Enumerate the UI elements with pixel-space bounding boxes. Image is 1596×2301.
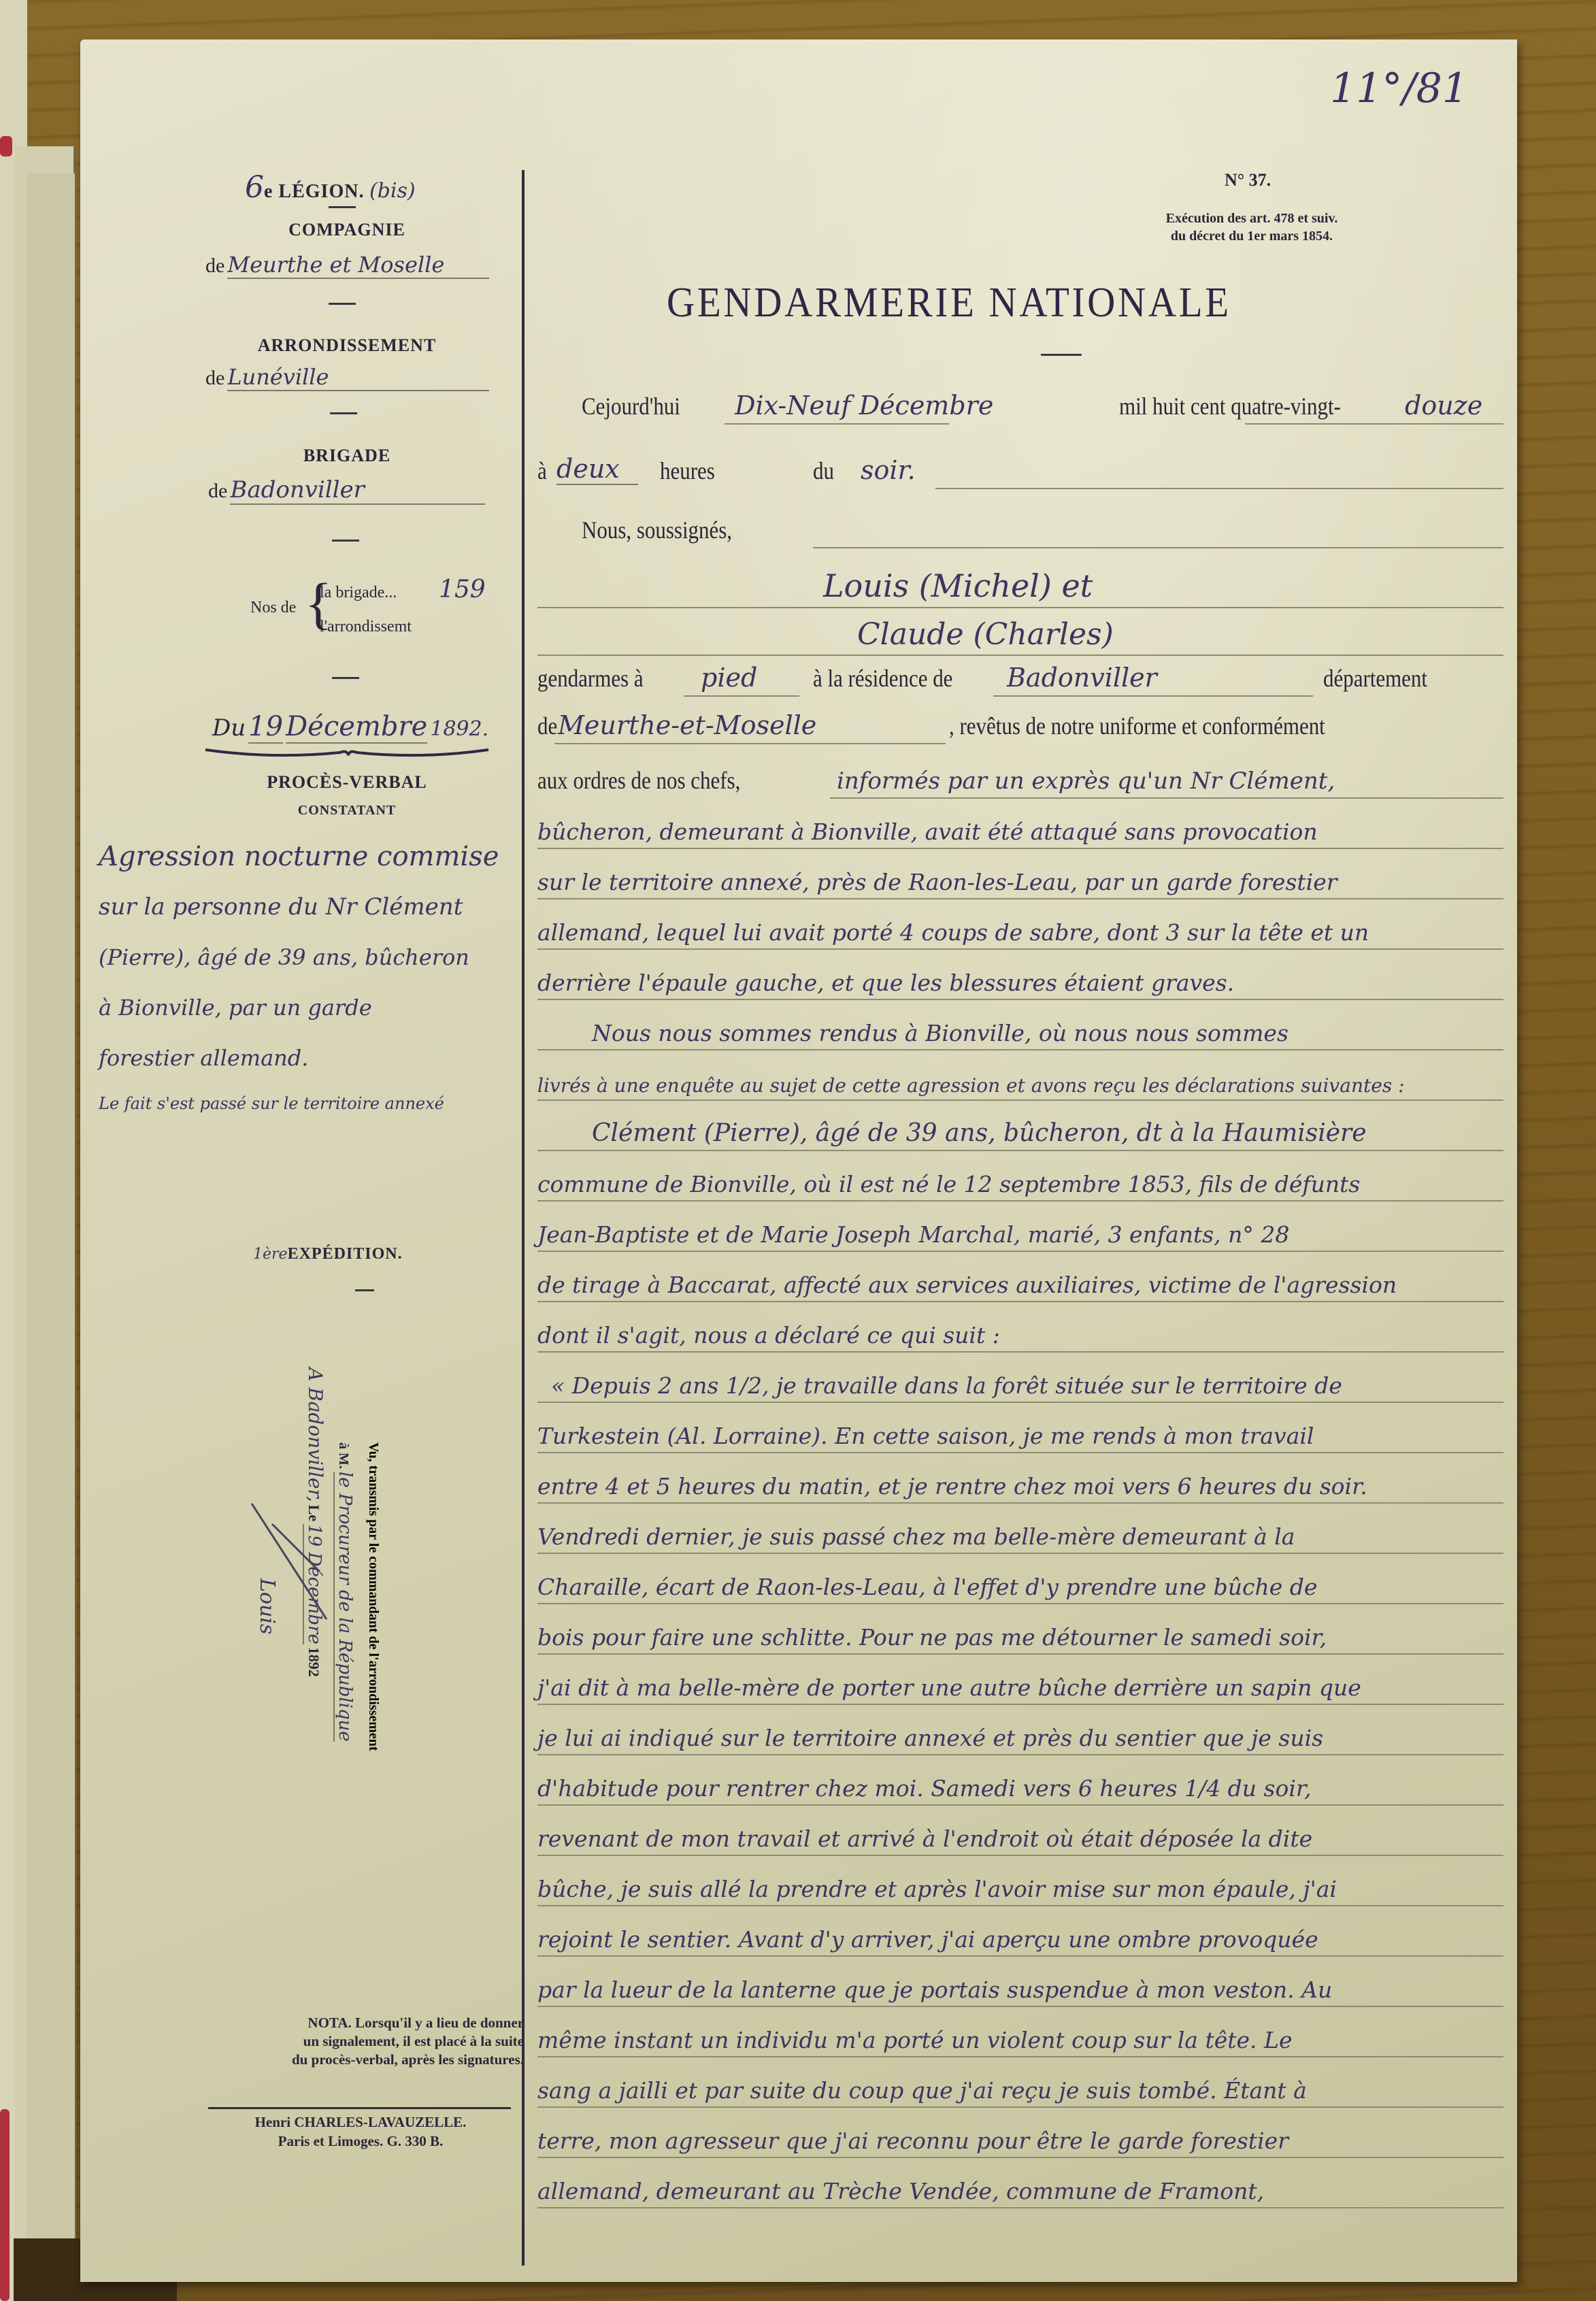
narrative-line: dont il s'agit, nous a déclaré ce qui su… [537, 1309, 1503, 1359]
summary-line: Le fait s'est passé sur le territoire an… [99, 1083, 517, 1124]
residence-value: Badonviller [1007, 663, 1157, 693]
execution-note: Exécution des art. 478 et suiv. du décre… [1129, 210, 1374, 245]
fill-line [537, 1402, 1503, 1403]
constatant-label: CONSTATANT [204, 803, 490, 818]
narrative-line: Vendredi dernier, je suis passé chez ma … [537, 1510, 1503, 1561]
orders-text: informés par un exprès qu'un Nr Clément, [837, 767, 1335, 795]
fill-line [935, 488, 1503, 489]
narrative-line: allemand, demeurant au Trèche Vendée, co… [537, 2165, 1503, 2215]
decorative-swash [204, 747, 490, 761]
narrative-text: livrés à une enquête au sujet de cette a… [537, 1074, 1405, 1097]
fill-line [1245, 423, 1503, 425]
numbers-prefix: Nos de [250, 599, 296, 617]
summary-line: (Pierre), âgé de 39 ans, bûcheron [99, 932, 517, 982]
brigade-value: Badonviller [230, 476, 485, 505]
year-words: douze [1405, 391, 1482, 420]
fill-line [537, 1855, 1503, 1856]
fill-line [537, 1804, 1503, 1806]
printer-imprint: Henri CHARLES-LAVAUZELLE. Paris et Limog… [204, 2113, 517, 2151]
narrative-text: par la lueur de la lanterne que je porta… [537, 1976, 1332, 2003]
nota-block: NOTA. Lorsqu'il y a lieu de donner un si… [204, 2014, 524, 2069]
printer-location: Paris et Limoges. G. 330 B. [204, 2132, 517, 2151]
narrative-text: je lui ai indiqué sur le territoire anne… [537, 1725, 1323, 1751]
compagnie-label: COMPAGNIE [204, 220, 490, 240]
summary-line: forestier allemand. [99, 1033, 517, 1083]
red-ribbon [0, 136, 12, 156]
summary-line: Agression nocturne commise [99, 831, 517, 882]
arrondissement-label: ARRONDISSEMENT [204, 335, 490, 356]
narrative-text: Charaille, écart de Raon-les-Leau, à l'e… [537, 1574, 1317, 1600]
fill-line [537, 1301, 1503, 1302]
narrative-text: bûcheron, demeurant à Bionville, avait é… [537, 818, 1318, 845]
service-type: pied [701, 663, 757, 693]
narrative-line: par la lueur de la lanterne que je porta… [537, 1964, 1503, 2014]
fill-line [537, 948, 1503, 950]
orders-label: aux ordres de nos chefs, [537, 766, 740, 795]
narrative-line: « Depuis 2 ans 1/2, je travaille dans la… [537, 1359, 1503, 1410]
narrative-line: j'ai dit à ma belle-mère de porter une a… [537, 1661, 1503, 1712]
nota-line: un signalement, il est placé à la suite [204, 2032, 524, 2051]
narrative-text: Nous nous sommes rendus à Bionville, où … [592, 1020, 1289, 1046]
fill-line [537, 2056, 1503, 2057]
divider [330, 412, 357, 414]
narrative-text: entre 4 et 5 heures du matin, et je rent… [537, 1473, 1367, 1500]
fill-line [993, 695, 1313, 697]
narrative-line: je lui ai indiqué sur le territoire anne… [537, 1712, 1503, 1762]
departement-label: département [1323, 664, 1427, 693]
narrative-text: revenant de mon travail et arrivé à l'en… [537, 1825, 1312, 1852]
red-ribbon [0, 2109, 10, 2301]
title-divider [1041, 354, 1082, 356]
expedition-label: EXPÉDITION. [288, 1245, 403, 1263]
fill-line [537, 1049, 1503, 1050]
narrative-text: de tirage à Baccarat, affecté aux servic… [537, 1272, 1397, 1298]
narrative-text: rejoint le sentier. Avant d'y arriver, j… [537, 1926, 1318, 1953]
narrative-line: Nous nous sommes rendus à Bionville, où … [537, 1007, 1503, 1057]
execution-line-2: du décret du 1er mars 1854. [1129, 227, 1374, 245]
narrative-line: d'habitude pour rentrer chez moi. Samedi… [537, 1762, 1503, 1812]
a-label: à [537, 457, 547, 485]
fill-line [537, 1452, 1503, 1453]
narrative-line: sang a jailli et par suite du coup que j… [537, 2064, 1503, 2115]
narrative: bûcheron, demeurant à Bionville, avait é… [537, 806, 1503, 2215]
compagnie-field: de Meurthe et Moselle [205, 252, 505, 279]
narrative-line: bûche, je suis allé la prendre et après … [537, 1863, 1503, 1913]
narrative-line: bûcheron, demeurant à Bionville, avait é… [537, 806, 1503, 856]
fill-line [537, 1150, 1503, 1151]
narrative-line: entre 4 et 5 heures du matin, et je rent… [537, 1460, 1503, 1510]
column-divider [522, 170, 525, 2266]
legion-suffix: (bis) [369, 179, 416, 203]
fill-line [537, 999, 1503, 1000]
execution-line-1: Exécution des art. 478 et suiv. [1129, 210, 1374, 227]
gendarmes-label: gendarmes à [537, 664, 644, 693]
narrative-line: revenant de mon travail et arrivé à l'en… [537, 1812, 1503, 1863]
narrative-text: même instant un individu m'a porté un vi… [537, 2027, 1292, 2053]
narrative-line: rejoint le sentier. Avant d'y arriver, j… [537, 1913, 1503, 1964]
narrative-text: allemand, lequel lui avait porté 4 coups… [537, 919, 1369, 946]
nota-line: NOTA. Lorsqu'il y a lieu de donner [204, 2014, 524, 2032]
fill-line [537, 1502, 1503, 1504]
cejourdhui-label: Cejourd'hui [582, 392, 680, 420]
narrative-line: Charaille, écart de Raon-les-Leau, à l'e… [537, 1561, 1503, 1611]
du-label: du [813, 457, 834, 485]
divider [355, 1289, 374, 1291]
transmission-printed-2: à M. [336, 1442, 351, 1469]
narrative-line: allemand, lequel lui avait porté 4 coups… [537, 906, 1503, 957]
narrative-line: même instant un individu m'a porté un vi… [537, 2014, 1503, 2064]
residence-label: à la résidence de [813, 664, 952, 693]
transmission-place: A Badonviller, [304, 1368, 327, 1502]
narrative-line: Turkestein (Al. Lorraine). En cette sais… [537, 1410, 1503, 1460]
fill-line [537, 2207, 1503, 2208]
narrative-text: Turkestein (Al. Lorraine). En cette sais… [537, 1423, 1314, 1449]
narrative-line: terre, mon agresseur que j'ai reconnu po… [537, 2115, 1503, 2165]
date-prefix: Du [212, 714, 246, 742]
underlying-page-edge [27, 173, 76, 2296]
fill-line [537, 1955, 1503, 1957]
hour-value: deux [556, 454, 638, 485]
fill-line [537, 1704, 1503, 1705]
divider [329, 303, 356, 305]
narrative-text: Clément (Pierre), âgé de 39 ans, bûchero… [592, 1119, 1367, 1147]
brigade-label: BRIGADE [204, 446, 490, 466]
date-month: Décembre [286, 711, 427, 744]
fill-line [725, 423, 949, 425]
narrative-text: commune de Bionville, où il est né le 12… [537, 1171, 1360, 1197]
date-words: Dix-Neuf Décembre [735, 391, 993, 420]
narrative-text: sur le territoire annexé, près de Raon-l… [537, 869, 1337, 895]
uniform-clause: , revêtus de notre uniforme et conformém… [949, 712, 1325, 740]
nota-line: du procès-verbal, après les signatures. [204, 2051, 524, 2069]
legion-field: 6e LÉGION. (bis) [245, 170, 416, 205]
narrative-text: « Depuis 2 ans 1/2, je travaille dans la… [551, 1372, 1342, 1399]
compagnie-prefix: de [205, 254, 225, 277]
fill-line [537, 1099, 1503, 1101]
body-line-name-1: Louis (Michel) et [537, 565, 1503, 615]
departement-value: Meurthe-et-Moselle [558, 710, 816, 740]
fill-line [684, 695, 799, 697]
transmission-printed-1: Vu, transmis par le commandant de l'arro… [365, 1442, 381, 1751]
legion-label: e LÉGION. [264, 181, 364, 202]
narrative-text: j'ai dit à ma belle-mère de porter une a… [537, 1674, 1361, 1701]
page-title: GENDARMERIE NATIONALE [667, 279, 1231, 327]
narrative-line: derrière l'épaule gauche, et que les ble… [537, 957, 1503, 1007]
narrative-line: sur le territoire annexé, près de Raon-l… [537, 856, 1503, 906]
printer-name: Henri CHARLES-LAVAUZELLE. [204, 2113, 517, 2132]
fill-line [537, 1351, 1503, 1353]
divider [329, 206, 356, 208]
brigade-prefix: de [208, 480, 227, 502]
arrondissement-field: de Lunéville [205, 364, 505, 391]
fill-line [537, 848, 1503, 849]
compagnie-value: Meurthe et Moselle [227, 252, 489, 279]
fill-line [537, 1603, 1503, 1604]
narrative-text: derrière l'épaule gauche, et que les ble… [537, 970, 1234, 996]
narrative-line: Clément (Pierre), âgé de 39 ans, bûchero… [537, 1108, 1503, 1158]
printer-divider [208, 2107, 511, 2109]
summary-line: sur la personne du Nr Clément [99, 882, 517, 932]
fill-line [537, 1905, 1503, 1906]
narrative-text: dont il s'agit, nous a déclaré ce qui su… [537, 1322, 1000, 1348]
narrative-text: bûche, je suis allé la prendre et après … [537, 1876, 1337, 1902]
pv-date: Du 19 Décembre 1892. [212, 711, 488, 744]
period-value: soir. [861, 455, 916, 485]
transmission-year: 1892 [305, 1647, 322, 1677]
narrative-text: bois pour faire une schlitte. Pour ne pa… [537, 1624, 1327, 1651]
gendarme-name-1: Louis (Michel) et [823, 567, 1093, 604]
expedition: 1èreEXPÉDITION. [253, 1245, 403, 1263]
fill-line [537, 1553, 1503, 1554]
corner-annotation: 11°/81 [1330, 65, 1468, 112]
gendarme-name-2: Claude (Charles) [857, 617, 1114, 652]
soussignes-label: Nous, soussignés, [582, 516, 732, 544]
fill-line [537, 1251, 1503, 1252]
narrative-line: bois pour faire une schlitte. Pour ne pa… [537, 1611, 1503, 1661]
fill-line [813, 547, 1503, 548]
body-line-departement: de Meurthe-et-Moselle , revêtus de notre… [537, 701, 1503, 751]
fill-line [537, 607, 1503, 608]
narrative-text: Vendredi dernier, je suis passé chez ma … [537, 1523, 1295, 1550]
fill-line [537, 2006, 1503, 2007]
heures-label: heures [660, 457, 715, 485]
brigade-field: de Badonviller [208, 476, 508, 505]
fill-line [537, 1754, 1503, 1755]
narrative-text: allemand, demeurant au Trèche Vendée, co… [537, 2178, 1264, 2204]
form-number: N° 37. [1225, 170, 1271, 191]
expedition-number: 1ère [253, 1246, 288, 1263]
arrondissement-prefix: de [205, 367, 225, 389]
legion-number: 6 [245, 170, 264, 205]
summary: Agression nocturne commise sur la person… [99, 831, 517, 1124]
de-label: de [537, 712, 557, 740]
fill-line [537, 1200, 1503, 1202]
body-line-time: à deux heures du soir. [537, 446, 1503, 496]
narrative-line: de tirage à Baccarat, affecté aux servic… [537, 1259, 1503, 1309]
fill-line [554, 743, 946, 744]
narrative-text: Jean-Baptiste et de Marie Joseph Marchal… [537, 1221, 1289, 1248]
divider [332, 540, 359, 542]
signature-flourish [245, 1497, 340, 1633]
narrative-text: sang a jailli et par suite du coup que j… [537, 2077, 1307, 2104]
narrative-text: terre, mon agresseur que j'ai reconnu po… [537, 2128, 1289, 2154]
brigade-number-label: la brigade... [320, 584, 397, 602]
body-line-residence: gendarmes à pied à la résidence de Badon… [537, 653, 1503, 703]
narrative-line: commune de Bionville, où il est né le 12… [537, 1158, 1503, 1208]
body-line-date: Cejourd'hui Dix-Neuf Décembre mil huit c… [537, 381, 1503, 431]
narrative-line: Jean-Baptiste et de Marie Joseph Marchal… [537, 1208, 1503, 1259]
narrative-text: d'habitude pour rentrer chez moi. Samedi… [537, 1775, 1312, 1802]
arrondissement-value: Lunéville [227, 364, 489, 391]
year-label: mil huit cent quatre-vingt- [1119, 392, 1341, 420]
pv-label: PROCÈS-VERBAL [204, 772, 490, 793]
fill-line [537, 2157, 1503, 2158]
body-line-soussignes: Nous, soussignés, [537, 505, 1503, 555]
brigade-number-value: 159 [439, 576, 486, 603]
arrondissement-number-label: l'arrondissemt [320, 618, 412, 636]
date-year: 1892. [430, 717, 488, 741]
fill-line [537, 2106, 1503, 2108]
fill-line [537, 1653, 1503, 1655]
divider [332, 677, 359, 679]
summary-line: à Bionville, par un garde [99, 982, 517, 1033]
fill-line [830, 797, 1503, 799]
date-day: 19 [248, 711, 283, 744]
narrative-line: livrés à une enquête au sujet de cette a… [537, 1057, 1503, 1108]
body-line-orders: aux ordres de nos chefs, informés par un… [537, 755, 1503, 806]
fill-line [537, 898, 1503, 899]
